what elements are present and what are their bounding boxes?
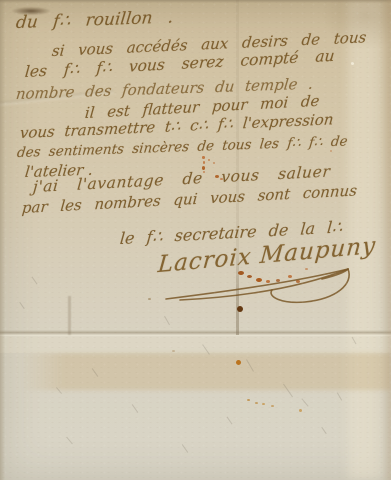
foxing-spot — [276, 279, 280, 282]
paper-edge-left — [0, 0, 5, 480]
show-through-stroke — [164, 316, 170, 325]
aged-paper-band — [20, 353, 391, 390]
fold-crease-vertical-left — [68, 296, 71, 335]
foxing-spot — [305, 268, 308, 270]
foxing-spot — [288, 275, 292, 278]
foxing-spot — [208, 159, 210, 161]
show-through-stroke — [227, 417, 233, 425]
foxing-spot — [330, 150, 332, 152]
show-through-stroke — [321, 427, 326, 434]
fold-crease-horizontal — [0, 330, 391, 337]
letter-scan: du f∴ rouillon . si vous accédés aux des… — [0, 0, 391, 480]
foxing-spot — [266, 280, 270, 283]
paper-edge-right — [382, 0, 391, 480]
foxing-spot — [203, 161, 205, 164]
show-through-stroke — [19, 302, 24, 309]
show-through-stroke — [182, 444, 189, 453]
foxing-spot — [255, 402, 258, 404]
foxing-spot — [296, 280, 300, 283]
foxing-spot — [256, 278, 262, 282]
foxing-spot — [271, 405, 274, 407]
fold-crease-highlight — [0, 337, 391, 353]
show-through-stroke — [301, 398, 308, 406]
show-through-stroke — [66, 437, 73, 445]
show-through-stroke — [132, 404, 139, 413]
foxing-spot — [247, 399, 250, 401]
foxing-spot — [247, 275, 252, 278]
foxing-spot — [148, 298, 151, 300]
show-through-stroke — [32, 277, 38, 285]
foxing-spot — [262, 403, 265, 405]
foxing-spot — [202, 156, 205, 159]
letter-line-1: du f∴ rouillon . — [15, 7, 174, 33]
foxing-spot — [299, 409, 302, 412]
foxing-spot — [213, 162, 215, 164]
show-through-stroke — [337, 392, 342, 400]
